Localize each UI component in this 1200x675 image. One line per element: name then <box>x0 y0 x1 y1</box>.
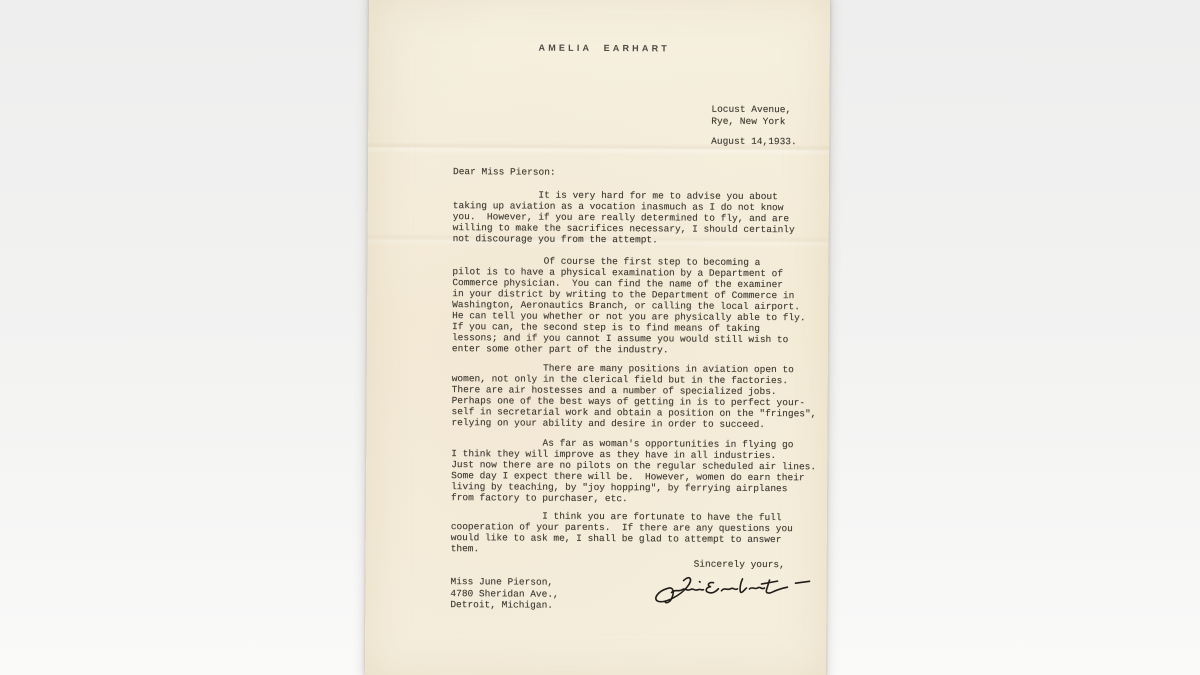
sender-address: Locust Avenue, Rye, New York <box>711 104 791 128</box>
handwritten-signature-amelia-earhart <box>643 572 823 613</box>
letter-paper: AMELIA EARHART Locust Avenue, Rye, New Y… <box>365 0 830 675</box>
letterhead-name: AMELIA EARHART <box>374 42 835 55</box>
photo-of-letter: AMELIA EARHART Locust Avenue, Rye, New Y… <box>0 0 1200 675</box>
recipient-address: Miss June Pierson, 4780 Sheridan Ave., D… <box>450 576 559 611</box>
paragraph-5: I think you are fortunate to have the fu… <box>451 510 793 556</box>
paragraph-2: Of course the first step to becoming a p… <box>452 255 806 356</box>
salutation: Dear Miss Pierson: <box>453 166 556 178</box>
closing-sincerely: Sincerely yours, <box>694 559 785 571</box>
letter-date: August 14,1933. <box>711 136 797 148</box>
paragraph-3: There are many positions in aviation ope… <box>451 362 816 430</box>
paragraph-4: As far as woman's opportunities in flyin… <box>451 437 816 505</box>
paragraph-1: It is very hard for me to advise you abo… <box>453 189 795 246</box>
